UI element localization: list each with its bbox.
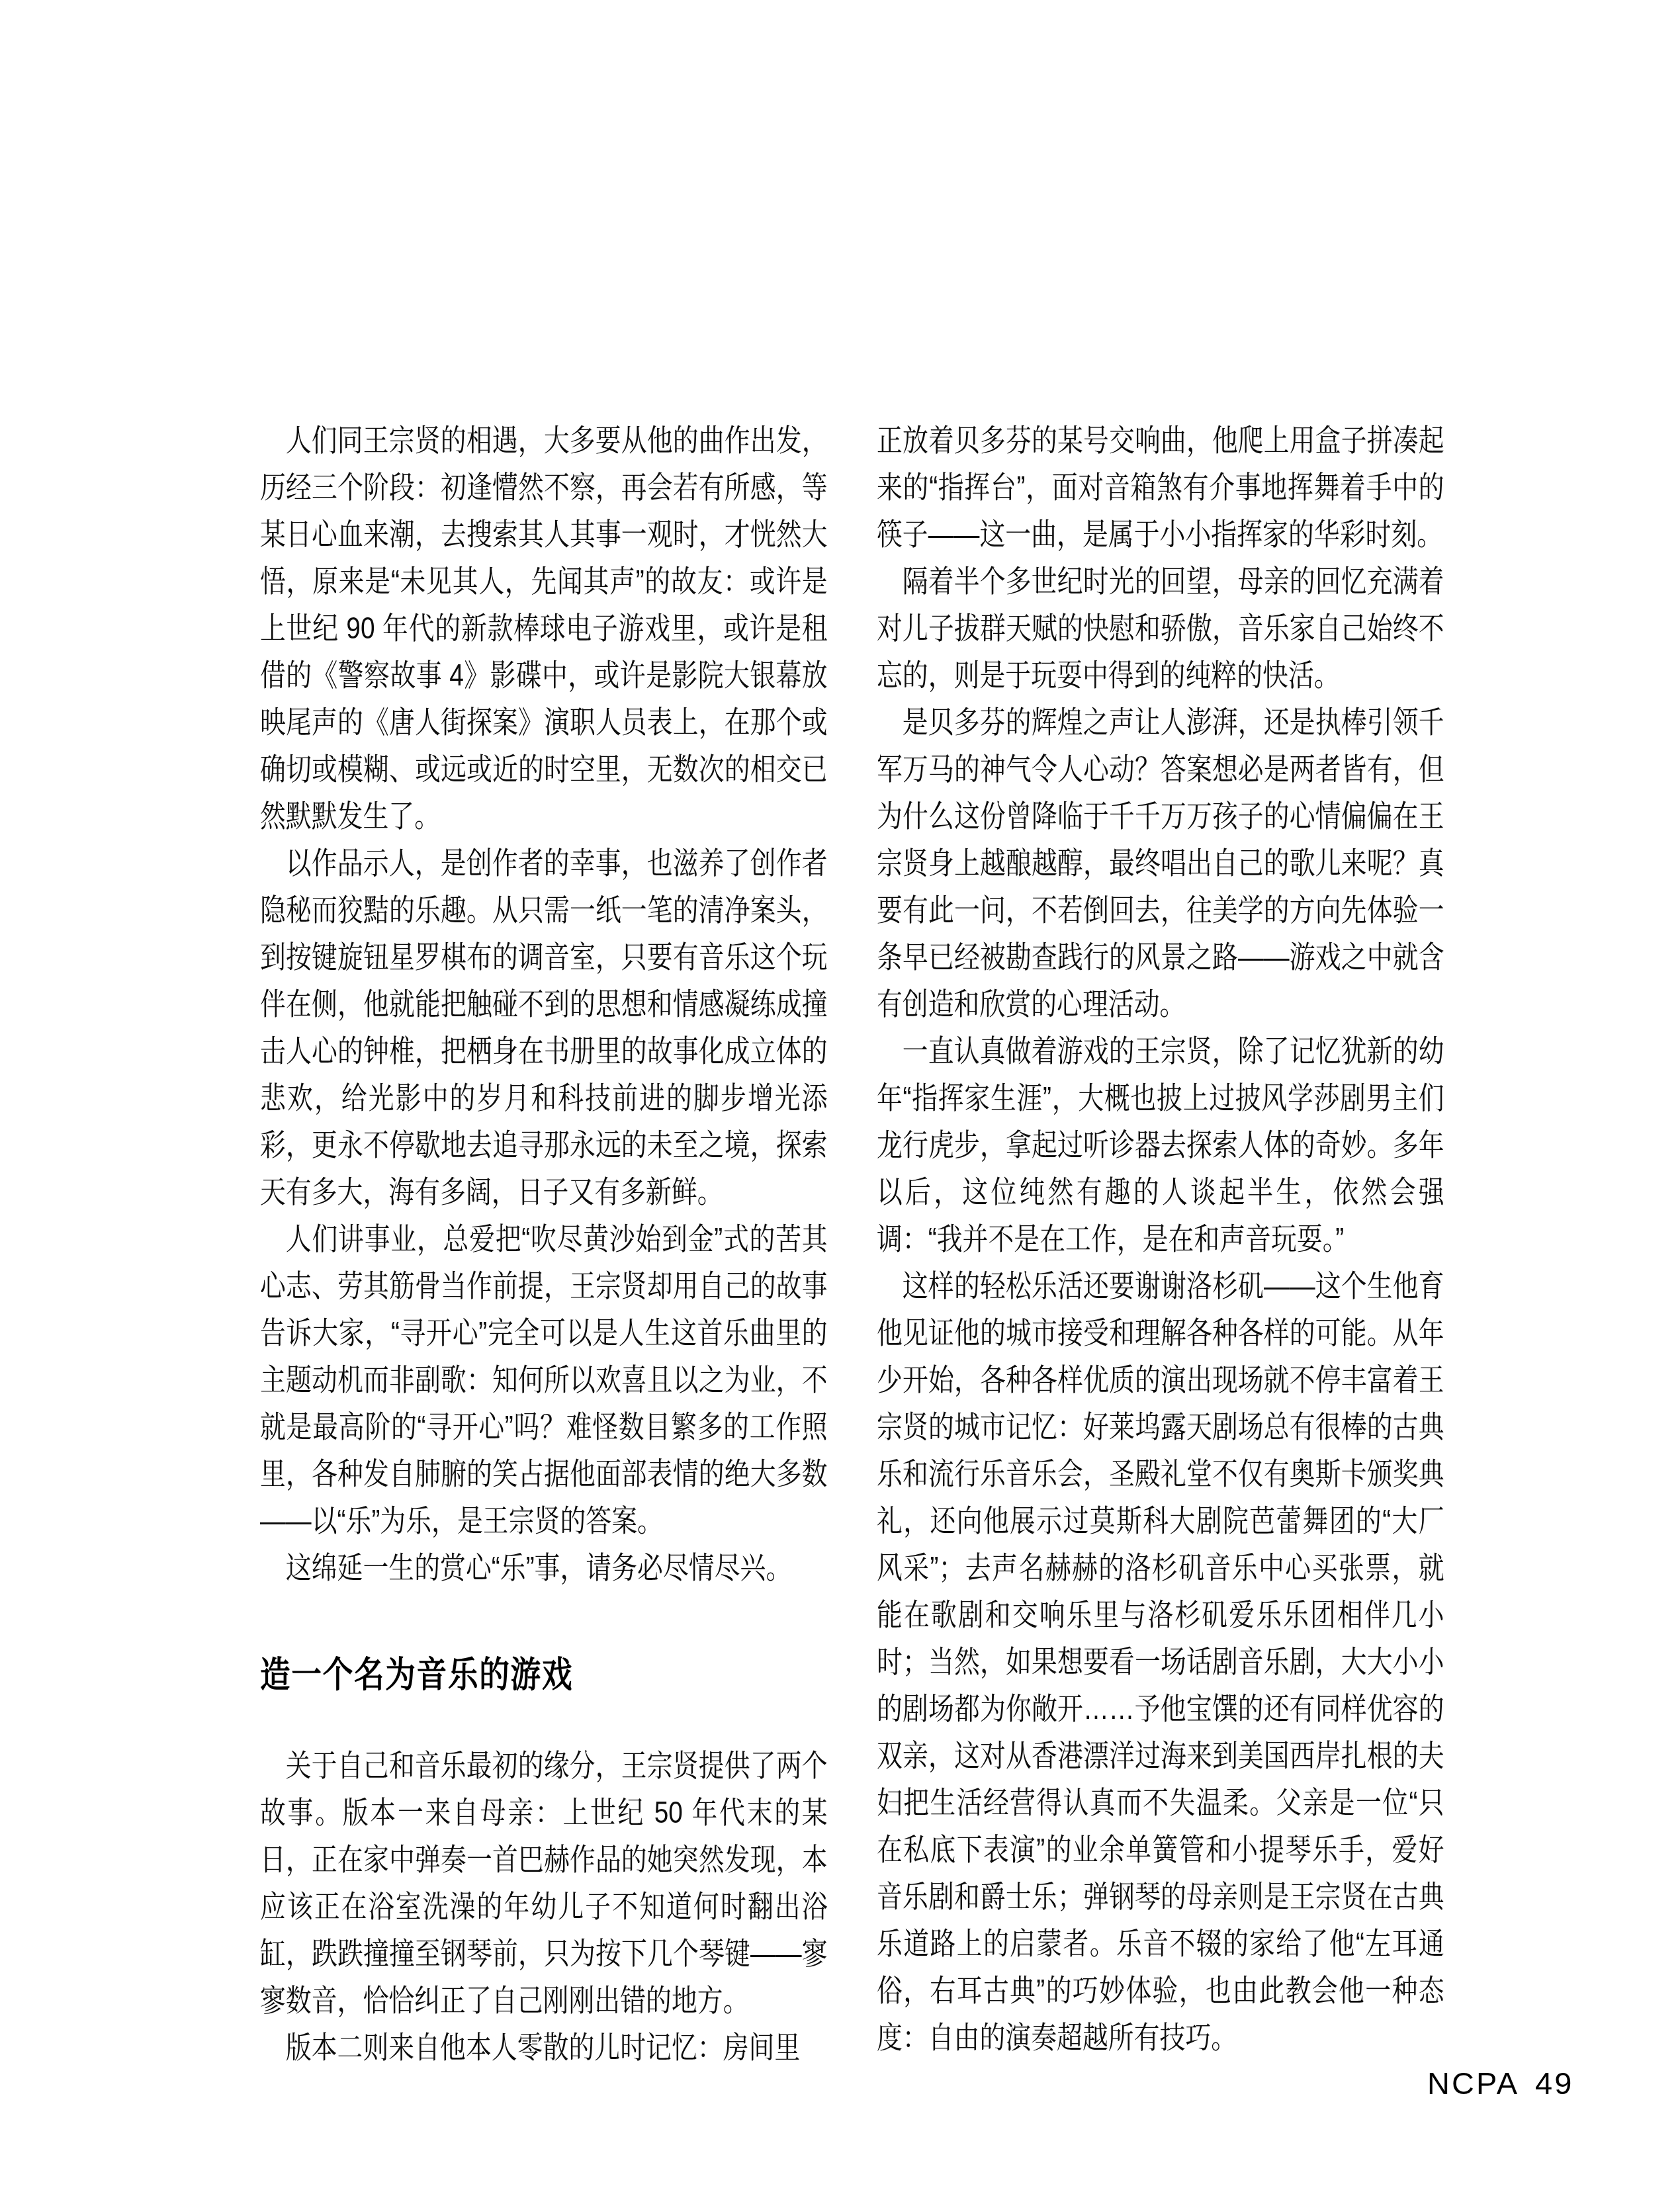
- paragraph: 以作品示人，是创作者的幸事，也滋养了创作者隐秘而狡黠的乐趣。从只需一纸一笔的清净…: [260, 840, 828, 1215]
- paragraph-continuation: 正放着贝多芬的某号交响曲，他爬上用盒子拼凑起来的“指挥台”，面对音箱煞有介事地挥…: [877, 417, 1444, 558]
- section-heading: 造一个名为音乐的游戏: [260, 1655, 828, 1696]
- paragraph: 一直认真做着游戏的王宗贤，除了记忆犹新的幼年“指挥家生涯”，大概也披上过披风学莎…: [877, 1028, 1444, 1262]
- left-column: 人们同王宗贤的相遇，大多要从他的曲作出发，历经三个阶段：初逢懵然不察，再会若有所…: [260, 417, 828, 2071]
- right-column: 正放着贝多芬的某号交响曲，他爬上用盒子拼凑起来的“指挥台”，面对音箱煞有介事地挥…: [877, 417, 1444, 2061]
- paragraph: 这绵延一生的赏心“乐”事，请务必尽情尽兴。: [260, 1544, 828, 1591]
- page-number: 49: [1535, 2066, 1573, 2101]
- paragraph: 隔着半个多世纪时光的回望，母亲的回忆充满着对儿子拔群天赋的快慰和骄傲，音乐家自己…: [877, 558, 1444, 699]
- paragraph: 关于自己和音乐最初的缘分，王宗贤提供了两个故事。版本一来自母亲：上世纪 50 年…: [260, 1742, 828, 2024]
- paragraph: 是贝多芬的辉煌之声让人澎湃，还是执棒引领千军万马的神气令人心动？答案想必是两者皆…: [877, 699, 1444, 1028]
- page-footer: NCPA49: [1427, 2067, 1573, 2100]
- paragraph: 人们同王宗贤的相遇，大多要从他的曲作出发，历经三个阶段：初逢懵然不察，再会若有所…: [260, 417, 828, 840]
- magazine-page: 人们同王宗贤的相遇，大多要从他的曲作出发，历经三个阶段：初逢懵然不察，再会若有所…: [0, 0, 1680, 2188]
- paragraph: 人们讲事业，总爱把“吹尽黄沙始到金”式的苦其心志、劳其筋骨当作前提，王宗贤却用自…: [260, 1215, 828, 1544]
- paragraph: 版本二则来自他本人零散的儿时记忆：房间里: [260, 2024, 828, 2071]
- journal-name: NCPA: [1427, 2066, 1519, 2101]
- paragraph: 这样的轻松乐活还要谢谢洛杉矶——这个生他育他见证他的城市接受和理解各种各样的可能…: [877, 1262, 1444, 2061]
